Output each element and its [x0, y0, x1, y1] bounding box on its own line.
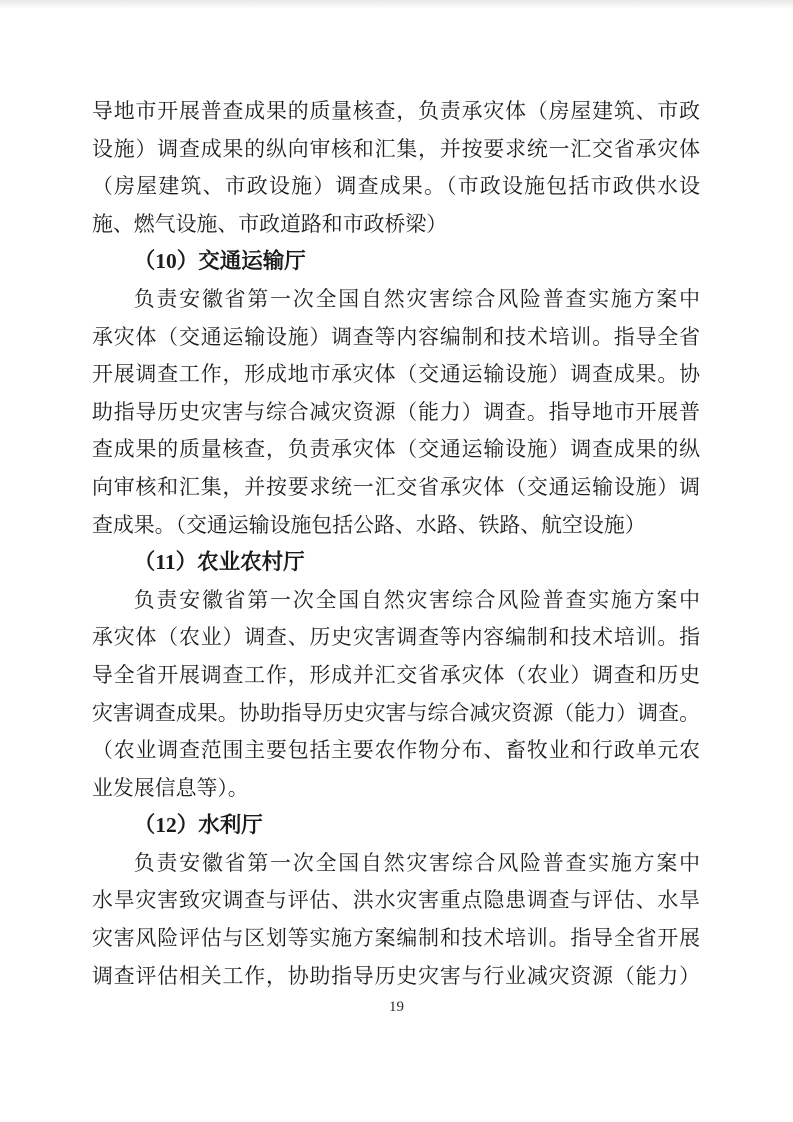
section-heading-transport: （10）交通运输厅: [92, 243, 700, 281]
document-page: 导地市开展普查成果的质量核查，负责承灾体（房屋建筑、市政 设施）调查成果的纵向审…: [0, 0, 793, 1122]
page-body: 导地市开展普查成果的质量核查，负责承灾体（房屋建筑、市政 设施）调查成果的纵向审…: [92, 93, 700, 995]
text-line: （农业调查范围主要包括主要农作物分布、畜牧业和行政单元农: [92, 732, 700, 770]
text-line: 水旱灾害致灾调查与评估、洪水灾害重点隐患调查与评估、水旱: [92, 882, 700, 920]
text-line: 业发展信息等）。: [92, 770, 700, 808]
text-line: 查成果。（交通运输设施包括公路、水路、铁路、航空设施）: [92, 507, 700, 545]
text-line: 灾害调查成果。协助指导历史灾害与综合减灾资源（能力）调查。: [92, 695, 700, 733]
text-line: 承灾体（农业）调查、历史灾害调查等内容编制和技术培训。指: [92, 619, 700, 657]
text-line: 调查评估相关工作，协助指导历史灾害与行业减灾资源（能力）: [92, 958, 700, 996]
text-line: 施、燃气设施、市政道路和市政桥梁）: [92, 206, 700, 244]
text-line: 导地市开展普查成果的质量核查，负责承灾体（房屋建筑、市政: [92, 93, 700, 131]
text-line: 开展调查工作，形成地市承灾体（交通运输设施）调查成果。协: [92, 356, 700, 394]
text-line: 灾害风险评估与区划等实施方案编制和技术培训。指导全省开展: [92, 920, 700, 958]
text-line: 查成果的质量核查，负责承灾体（交通运输设施）调查成果的纵: [92, 431, 700, 469]
page-footer: 19: [0, 994, 793, 1020]
page-number: 19: [389, 999, 404, 1015]
text-line: 负责安徽省第一次全国自然灾害综合风险普查实施方案中: [92, 281, 700, 319]
text-line: 设施）调查成果的纵向审核和汇集，并按要求统一汇交省承灾体: [92, 131, 700, 169]
text-line: 负责安徽省第一次全国自然灾害综合风险普查实施方案中: [92, 582, 700, 620]
text-line: （房屋建筑、市政设施）调查成果。（市政设施包括市政供水设: [92, 168, 700, 206]
section-heading-agriculture: （11）农业农村厅: [92, 544, 700, 582]
text-line: 向审核和汇集，并按要求统一汇交省承灾体（交通运输设施）调: [92, 469, 700, 507]
section-heading-water: （12）水利厅: [92, 807, 700, 845]
text-line: 助指导历史灾害与综合减灾资源（能力）调查。指导地市开展普: [92, 394, 700, 432]
text-line: 负责安徽省第一次全国自然灾害综合风险普查实施方案中: [92, 845, 700, 883]
text-line: 承灾体（交通运输设施）调查等内容编制和技术培训。指导全省: [92, 319, 700, 357]
text-line: 导全省开展调查工作，形成并汇交省承灾体（农业）调查和历史: [92, 657, 700, 695]
